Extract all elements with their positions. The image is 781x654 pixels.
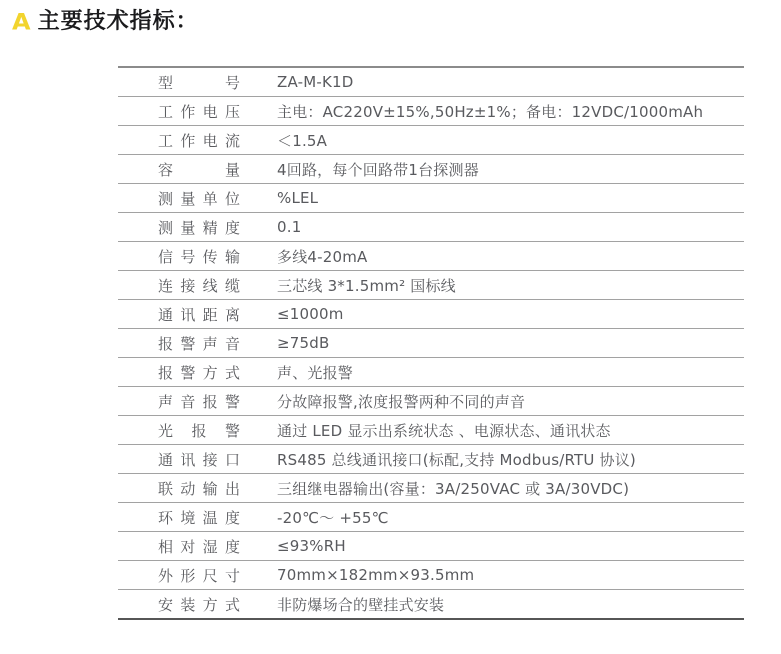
table-row: 外形尺寸 70mm×182mm×93.5mm <box>118 561 744 590</box>
row-label: 外形尺寸 <box>158 565 240 586</box>
row-value: ≤1000m <box>277 305 344 323</box>
row-value: 主电：AC220V±15%,50Hz±1%；备电：12VDC/1000mAh <box>277 101 703 122</box>
row-label: 工作电压 <box>158 101 240 122</box>
row-label: 光报警 <box>158 420 240 441</box>
row-value: 0.1 <box>277 218 301 236</box>
table-row: 容量 4回路，每个回路带1台探测器 <box>118 155 744 184</box>
row-value: 非防爆场合的壁挂式安装 <box>277 594 444 615</box>
row-label: 测量精度 <box>158 217 240 238</box>
table-row: 工作电流 ＜1.5A <box>118 126 744 155</box>
table-row: 连接线缆 三芯线 3*1.5mm² 国标线 <box>118 271 744 300</box>
row-value: ZA-M-K1D <box>277 73 354 91</box>
spec-table: 型号 ZA-M-K1D 工作电压 主电：AC220V±15%,50Hz±1%；备… <box>118 66 744 620</box>
row-value: 三芯线 3*1.5mm² 国标线 <box>277 275 456 296</box>
brand-a-icon: A <box>12 11 31 33</box>
row-value: ≤93%RH <box>277 537 346 555</box>
row-label: 安装方式 <box>158 594 240 615</box>
row-value: 多线4-20mA <box>277 246 368 267</box>
row-label: 通讯距离 <box>158 304 240 325</box>
table-row: 联动输出 三组继电器输出(容量：3A/250VAC 或 3A/30VDC) <box>118 474 744 503</box>
table-row: 报警方式 声、光报警 <box>118 358 744 387</box>
row-label: 环境温度 <box>158 507 240 528</box>
table-row: 环境温度 -20℃～ +55℃ <box>118 503 744 532</box>
row-label: 容量 <box>158 159 240 180</box>
row-value: 声、光报警 <box>277 362 353 383</box>
row-value: 分故障报警,浓度报警两种不同的声音 <box>277 391 525 412</box>
row-label: 报警声音 <box>158 333 240 354</box>
table-row: 安装方式 非防爆场合的壁挂式安装 <box>118 590 744 620</box>
table-row: 测量精度 0.1 <box>118 213 744 242</box>
row-label: 声音报警 <box>158 391 240 412</box>
row-value: 通过 LED 显示出系统状态 、电源状态、通讯状态 <box>277 420 611 441</box>
row-value: ≥75dB <box>277 334 329 352</box>
row-value: 70mm×182mm×93.5mm <box>277 566 474 584</box>
table-row: 报警声音 ≥75dB <box>118 329 744 358</box>
row-label: 联动输出 <box>158 478 240 499</box>
row-value: -20℃～ +55℃ <box>277 507 389 528</box>
row-label: 报警方式 <box>158 362 240 383</box>
row-label: 工作电流 <box>158 130 240 151</box>
row-value: 三组继电器输出(容量：3A/250VAC 或 3A/30VDC) <box>277 478 629 499</box>
table-row: 声音报警 分故障报警,浓度报警两种不同的声音 <box>118 387 744 416</box>
row-label: 信号传输 <box>158 246 240 267</box>
table-row: 通讯距离 ≤1000m <box>118 300 744 329</box>
row-label: 测量单位 <box>158 188 240 209</box>
table-row: 型号 ZA-M-K1D <box>118 68 744 97</box>
row-value: RS485 总线通讯接口(标配,支持 Modbus/RTU 协议) <box>277 449 636 470</box>
row-value: %LEL <box>277 189 318 207</box>
table-row: 测量单位 %LEL <box>118 184 744 213</box>
section-header: A 主要技术指标： <box>12 7 199 37</box>
row-label: 连接线缆 <box>158 275 240 296</box>
row-label: 相对湿度 <box>158 536 240 557</box>
table-row: 信号传输 多线4-20mA <box>118 242 744 271</box>
table-row: 相对湿度 ≤93%RH <box>118 532 744 561</box>
row-value: 4回路，每个回路带1台探测器 <box>277 159 479 180</box>
table-row: 光报警 通过 LED 显示出系统状态 、电源状态、通讯状态 <box>118 416 744 445</box>
row-value: ＜1.5A <box>277 130 327 151</box>
table-row: 通讯接口 RS485 总线通讯接口(标配,支持 Modbus/RTU 协议) <box>118 445 744 474</box>
row-label: 型号 <box>158 72 240 93</box>
table-row: 工作电压 主电：AC220V±15%,50Hz±1%；备电：12VDC/1000… <box>118 97 744 126</box>
row-label: 通讯接口 <box>158 449 240 470</box>
spec-table-body: 型号 ZA-M-K1D 工作电压 主电：AC220V±15%,50Hz±1%；备… <box>118 68 744 620</box>
page-title: 主要技术指标： <box>38 7 199 37</box>
